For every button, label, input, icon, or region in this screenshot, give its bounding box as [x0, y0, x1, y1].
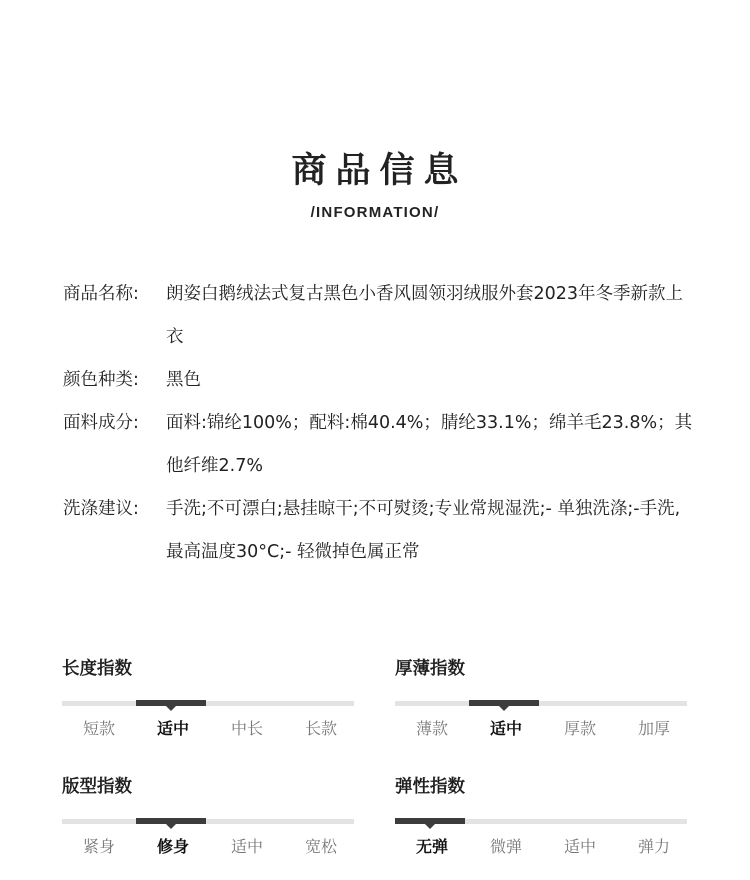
- pointer-triangle-icon: [165, 705, 177, 711]
- index-title: 版型指数: [62, 775, 356, 799]
- index-option: 修身: [136, 836, 210, 858]
- info-row-product-name: 商品名称: 朗姿白鹅绒法式复古黑色小香风圆领羽绒服外套2023年冬季新款上衣: [63, 273, 703, 359]
- index-option: 薄款: [395, 718, 469, 740]
- index-option: 加厚: [617, 718, 691, 740]
- index-option: 适中: [210, 836, 284, 858]
- product-info-list: 商品名称: 朗姿白鹅绒法式复古黑色小香风圆领羽绒服外套2023年冬季新款上衣 颜…: [63, 273, 703, 574]
- index-option: 适中: [136, 718, 210, 740]
- length-index: 长度指数 短款 适中 中长 长款: [62, 657, 356, 681]
- info-row-washing: 洗涤建议: 手洗;不可漂白;悬挂晾干;不可熨烫;专业常规湿洗;- 单独洗涤;-手…: [63, 488, 703, 574]
- index-options: 紧身 修身 适中 宽松: [62, 836, 358, 858]
- info-label: 洗涤建议:: [63, 488, 166, 574]
- info-value: 朗姿白鹅绒法式复古黑色小香风圆领羽绒服外套2023年冬季新款上衣: [166, 273, 696, 359]
- section-subtitle: /INFORMATION/: [0, 203, 750, 223]
- index-option: 紧身: [62, 836, 136, 858]
- section-title: 商品信息: [0, 146, 750, 196]
- index-option: 中长: [210, 718, 284, 740]
- index-indicator: [136, 700, 206, 706]
- info-value: 黑色: [166, 359, 696, 402]
- elasticity-index: 弹性指数 无弹 微弹 适中 弹力: [395, 775, 689, 799]
- index-title: 厚薄指数: [395, 657, 689, 681]
- index-option: 适中: [543, 836, 617, 858]
- index-option: 长款: [284, 718, 358, 740]
- info-label: 商品名称:: [63, 273, 166, 359]
- index-option: 宽松: [284, 836, 358, 858]
- info-value: 手洗;不可漂白;悬挂晾干;不可熨烫;专业常规湿洗;- 单独洗涤;-手洗,最高温度…: [166, 488, 696, 574]
- index-option: 弹力: [617, 836, 691, 858]
- index-indicator: [395, 818, 465, 824]
- index-indicator: [469, 700, 539, 706]
- index-indicator: [136, 818, 206, 824]
- index-options: 短款 适中 中长 长款: [62, 718, 358, 740]
- info-label: 颜色种类:: [63, 359, 166, 402]
- thickness-index: 厚薄指数 薄款 适中 厚款 加厚: [395, 657, 689, 681]
- index-option: 无弹: [395, 836, 469, 858]
- info-row-fabric: 面料成分: 面料:锦纶100%；配料:棉40.4%；腈纶33.1%；绵羊毛23.…: [63, 402, 703, 488]
- index-option: 微弹: [469, 836, 543, 858]
- pointer-triangle-icon: [498, 705, 510, 711]
- info-label: 面料成分:: [63, 402, 166, 488]
- index-option: 短款: [62, 718, 136, 740]
- index-track: [395, 701, 687, 706]
- index-title: 长度指数: [62, 657, 356, 681]
- pointer-triangle-icon: [424, 823, 436, 829]
- index-options: 无弹 微弹 适中 弹力: [395, 836, 691, 858]
- index-option: 厚款: [543, 718, 617, 740]
- index-track: [395, 819, 687, 824]
- index-track: [62, 701, 354, 706]
- index-track: [62, 819, 354, 824]
- index-title: 弹性指数: [395, 775, 689, 799]
- info-row-color: 颜色种类: 黑色: [63, 359, 703, 402]
- index-option: 适中: [469, 718, 543, 740]
- index-options: 薄款 适中 厚款 加厚: [395, 718, 691, 740]
- fit-index: 版型指数 紧身 修身 适中 宽松: [62, 775, 356, 799]
- pointer-triangle-icon: [165, 823, 177, 829]
- info-value: 面料:锦纶100%；配料:棉40.4%；腈纶33.1%；绵羊毛23.8%；其他纤…: [166, 402, 696, 488]
